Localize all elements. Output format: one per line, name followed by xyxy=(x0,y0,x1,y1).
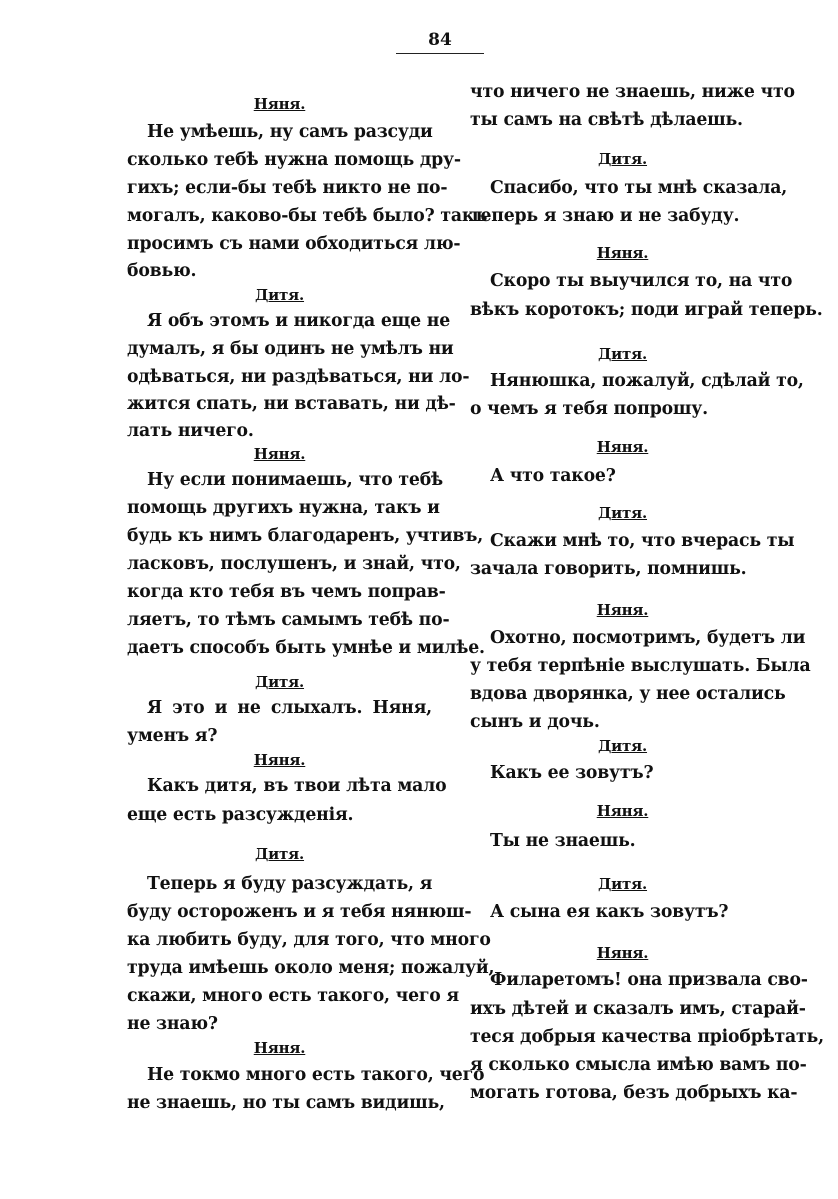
text-line: Теперь я буду разсуждать, я xyxy=(127,870,432,898)
speaker-heading: Дитя. xyxy=(470,340,775,368)
text-line: Спасибо, что ты мнѣ сказала, xyxy=(470,174,775,202)
text-line: Ты не знаешь. xyxy=(470,827,775,855)
text-line: я сколько смысла имѣю вамъ по- xyxy=(470,1051,775,1079)
page-number: 84 xyxy=(396,30,484,54)
text-line: ка любить буду, для того, что много xyxy=(127,926,432,954)
text-line: что ничего не знаешь, ниже что xyxy=(470,78,775,106)
text-line: думалъ, я бы одинъ не умѣлъ ни xyxy=(127,335,432,363)
text-line: Я объ этомъ и никогда еще не xyxy=(127,307,432,335)
speaker-heading: Няня. xyxy=(127,90,432,118)
text-line: не знаешь, но ты самъ видишь, xyxy=(127,1089,432,1117)
text-line: ихъ дѣтей и сказалъ имъ, старай- xyxy=(470,995,775,1023)
text-line: еще есть разсужденія. xyxy=(127,801,432,829)
text-line: одѣваться, ни раздѣваться, ни ло- xyxy=(127,363,432,391)
text-line: ты самъ на свѣтѣ дѣлаешь. xyxy=(470,106,775,134)
text-line: ласковъ, послушенъ, и знай, что, xyxy=(127,550,432,578)
text-line: Скажи мнѣ то, что вчерась ты xyxy=(470,527,775,555)
text-line: ляетъ, то тѣмъ самымъ тебѣ по- xyxy=(127,606,432,634)
text-line: Какъ дитя, въ твои лѣта мало xyxy=(127,772,432,800)
speaker-heading: Дитя. xyxy=(127,840,432,868)
speaker-heading: Дитя. xyxy=(470,499,775,527)
speaker-heading: Няня. xyxy=(470,239,775,267)
text-line: Не токмо много есть такого, чего xyxy=(127,1061,432,1089)
speaker-heading: Дитя. xyxy=(127,281,432,309)
speaker-heading: Дитя. xyxy=(470,145,775,173)
text-line: теперь я знаю и не забуду. xyxy=(470,202,775,230)
text-line: сколько тебѣ нужна помощь дру- xyxy=(127,146,432,174)
text-line: Не умѣешь, ну самъ разсуди xyxy=(127,118,432,146)
text-line: теся добрыя качества пріобрѣтать, xyxy=(470,1023,775,1051)
text-line: скажи, много есть такого, чего я xyxy=(127,982,432,1010)
text-line: А что такое? xyxy=(470,462,775,490)
speaker-heading: Няня. xyxy=(470,433,775,461)
speaker-heading: Дитя. xyxy=(127,668,432,696)
speaker-heading: Няня. xyxy=(127,1034,432,1062)
header-rule xyxy=(396,53,484,54)
speaker-heading: Няня. xyxy=(127,440,432,468)
text-line: буду остороженъ и я тебя нянюш- xyxy=(127,898,432,926)
text-line: могать готова, безъ добрыхъ ка- xyxy=(470,1079,775,1107)
speaker-heading: Дитя. xyxy=(470,870,775,898)
text-line: у тебя терпѣніе выслушать. Была xyxy=(470,652,775,680)
text-line: гихъ; если-бы тебѣ никто не по- xyxy=(127,174,432,202)
speaker-heading: Няня. xyxy=(470,797,775,825)
text-line: даетъ способъ быть умнѣе и милѣе. xyxy=(127,634,432,662)
speaker-heading: Дитя. xyxy=(470,732,775,760)
text-line: Нянюшка, пожалуй, сдѣлай то, xyxy=(470,367,775,395)
text-line: вѣкъ коротокъ; поди играй теперь. xyxy=(470,296,775,324)
text-line: вдова дворянка, у нее остались xyxy=(470,680,775,708)
text-line: о чемъ я тебя попрошу. xyxy=(470,395,775,423)
text-line: Охотно, посмотримъ, будетъ ли xyxy=(470,624,775,652)
text-line: труда имѣешь около меня; пожалуй, xyxy=(127,954,432,982)
text-line: помощь другихъ нужна, такъ и xyxy=(127,494,432,522)
text-line: Скоро ты выучился то, на что xyxy=(470,267,775,295)
speaker-heading: Няня. xyxy=(470,939,775,967)
text-line: А сына ея какъ зовутъ? xyxy=(470,898,775,926)
text-line: Филаретомъ! она призвала сво- xyxy=(470,966,775,994)
text-line: когда кто тебя въ чемъ поправ- xyxy=(127,578,432,606)
page-number-text: 84 xyxy=(428,30,452,50)
text-line: Я это и не слыхалъ. Няня, xyxy=(127,694,432,722)
text-line: будь къ нимъ благодаренъ, учтивъ, xyxy=(127,522,432,550)
text-line: зачала говорить, помнишь. xyxy=(470,555,775,583)
speaker-heading: Няня. xyxy=(470,596,775,624)
text-line: могалъ, каково-бы тебѣ было? такъ xyxy=(127,202,432,230)
text-line: Ну если понимаешь, что тебѣ xyxy=(127,466,432,494)
speaker-heading: Няня. xyxy=(127,746,432,774)
text-line: Какъ ее зовутъ? xyxy=(470,759,775,787)
text-line: просимъ съ нами обходиться лю- xyxy=(127,230,432,258)
text-line: жится спать, ни вставать, ни дѣ- xyxy=(127,390,432,418)
